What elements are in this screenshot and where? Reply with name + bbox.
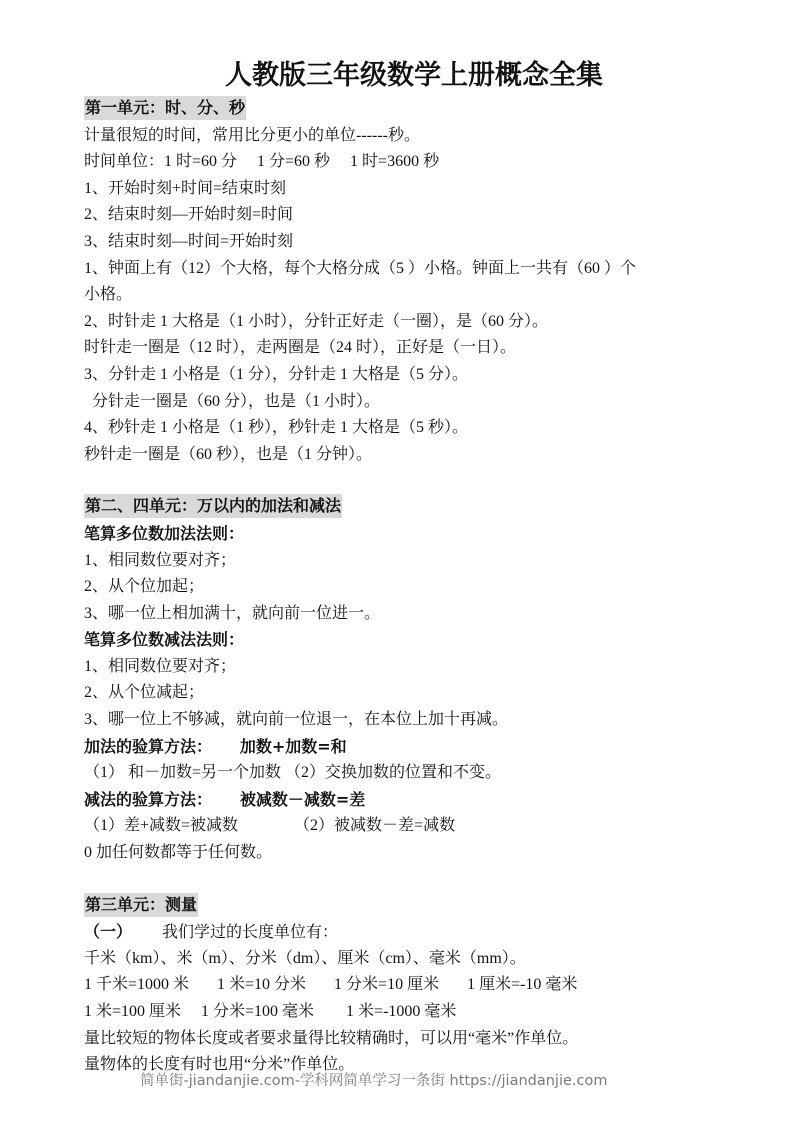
spacer <box>84 867 744 893</box>
unit1-line: 4、秒针走 1 小格是（1 秒），秒针走 1 大格是（5 秒）。 <box>84 415 744 442</box>
unit3-line: 1 千米=1000 米 1 米=10 分米 1 分米=10 厘米 1 厘米=-1… <box>84 972 744 999</box>
subtraction-rule-title: 笔算多位数减法法则： <box>84 627 744 654</box>
subtraction-check-title: 减法的验算方法： 被减数－减数=差 <box>84 787 744 814</box>
unit1-line: 时间单位：1 时=60 分 1 分=60 秒 1 时=3600 秒 <box>84 149 744 176</box>
unit3-section: 第三单元：测量 （一）我们学过的长度单位有： 千米（km）、米（m）、分米（dm… <box>84 893 744 1079</box>
subtraction-rule: 3、哪一位上不够减，就向前一位退一，在本位上加十再减。 <box>84 707 744 734</box>
addition-rule: 1、相同数位要对齐； <box>84 548 744 575</box>
addition-check-line: （1） 和－加数=另一个加数 （2）交换加数的位置和不变。 <box>84 760 744 787</box>
addition-rule: 3、哪一位上相加满十，就向前一位进一。 <box>84 601 744 628</box>
unit1-line: 计量很短的时间，常用比分更小的单位------秒。 <box>84 123 744 150</box>
unit1-line: 3、分针走 1 小格是（1 分），分针走 1 大格是（5 分）。 <box>84 362 744 389</box>
subtraction-rule: 1、相同数位要对齐； <box>84 654 744 681</box>
addition-rule: 2、从个位加起； <box>84 574 744 601</box>
subtraction-rule: 2、从个位减起； <box>84 680 744 707</box>
unit1-line: 小格。 <box>84 282 744 309</box>
zero-rule: 0 加任何数都等于任何数。 <box>84 840 744 867</box>
subheading-text: 我们学过的长度单位有： <box>162 924 338 941</box>
unit1-line: 2、结束时刻—开始时刻=时间 <box>84 202 744 229</box>
unit1-heading: 第一单元：时、分、秒 <box>84 96 246 120</box>
unit2-4-heading: 第二、四单元：万以内的加法和减法 <box>84 494 342 518</box>
unit3-heading: 第三单元：测量 <box>84 893 198 917</box>
unit1-line: 秒针走一圈是（60 秒），也是（1 分钟）。 <box>84 442 744 469</box>
addition-check-title: 加法的验算方法： 加数+加数=和 <box>84 734 744 761</box>
unit3-line: 1 米=100 厘米 1 分米=100 毫米 1 米=-1000 毫米 <box>84 999 744 1026</box>
document-title: 人教版三年级数学上册概念全集 <box>84 56 744 96</box>
subtraction-check-line: （1）差+减数=被减数 （2）被减数－差=减数 <box>84 813 744 840</box>
unit3-line: 千米（km）、米（m）、分米（dm）、厘米（cm）、毫米（mm）。 <box>84 946 744 973</box>
addition-rule-title: 笔算多位数加法法则： <box>84 521 744 548</box>
subheading-label: （一） <box>84 922 132 941</box>
unit1-line: 1、开始时刻+时间=结束时刻 <box>84 176 744 203</box>
spacer <box>84 468 744 494</box>
document-page: 人教版三年级数学上册概念全集 第一单元：时、分、秒 计量很短的时间，常用比分更小… <box>84 56 744 1079</box>
unit2-4-section: 第二、四单元：万以内的加法和减法 笔算多位数加法法则： 1、相同数位要对齐； 2… <box>84 494 744 866</box>
watermark: 简单街-jiandanjie.com-学科网简单学习一条街 https://ji… <box>140 1069 607 1090</box>
unit1-line: 时针走一圈是（12 时），走两圈是（24 时），正好是（一日）。 <box>84 335 744 362</box>
unit1-section: 第一单元：时、分、秒 计量很短的时间，常用比分更小的单位------秒。 时间单… <box>84 96 744 468</box>
unit1-line: 分针走一圈是（60 分），也是（1 小时）。 <box>84 389 744 416</box>
unit1-line: 3、结束时刻—时间=开始时刻 <box>84 229 744 256</box>
unit3-subheading: （一）我们学过的长度单位有： <box>84 919 744 946</box>
unit1-line: 2、时针走 1 大格是（1 小时），分针正好走（一圈），是（60 分）。 <box>84 309 744 336</box>
unit3-line: 量比较短的物体长度或者要求量得比较精确时，可以用“毫米”作单位。 <box>84 1026 744 1053</box>
unit1-line: 1、钟面上有（12）个大格，每个大格分成（5 ）小格。钟面上一共有（60 ）个 <box>84 256 744 283</box>
